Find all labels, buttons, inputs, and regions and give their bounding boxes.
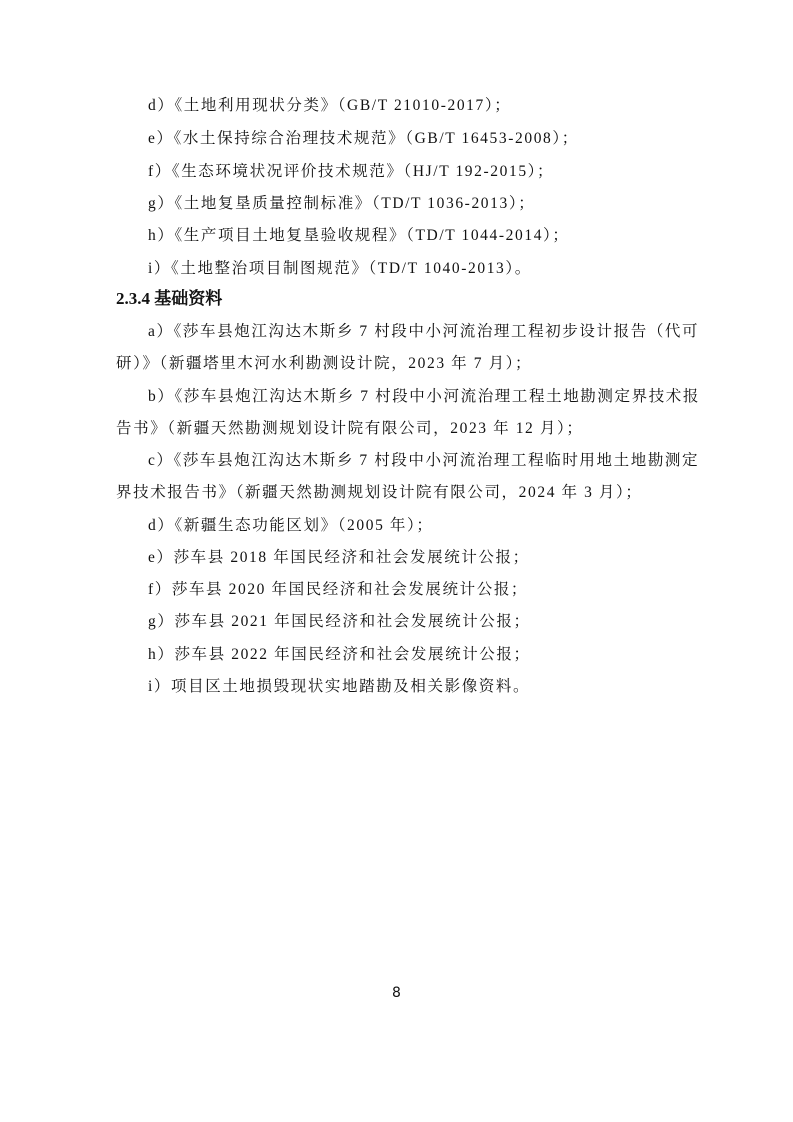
list-item: i）《土地整治项目制图规范》（TD/T 1040-2013）。 xyxy=(148,259,532,279)
list-item: f）《生态环境状况评价技术规范》（HJ/T 192-2015）； xyxy=(148,162,554,182)
list-item: c）《莎车县炮江沟达木斯乡 7 村段中小河流治理工程临时用地土地勘测定 xyxy=(148,451,699,471)
list-item-continuation: 研）》（新疆塔里木河水利勘测设计院，2023 年 7 月）； xyxy=(116,354,532,374)
list-item: h）《生产项目土地复垦验收规程》（TD/T 1044-2014）； xyxy=(148,226,570,246)
list-item: f）莎车县 2020 年国民经济和社会发展统计公报； xyxy=(148,580,528,600)
list-item-continuation: 界技术报告书》（新疆天然勘测规划设计院有限公司，2024 年 3 月）； xyxy=(116,483,642,503)
section-heading: 2.3.4 基础资料 xyxy=(116,288,222,310)
list-item: g）《土地复垦质量控制标准》（TD/T 1036-2013）； xyxy=(148,194,535,214)
list-item-continuation: 告书》（新疆天然勘测规划设计院有限公司，2023 年 12 月）； xyxy=(116,419,583,439)
list-item: g）莎车县 2021 年国民经济和社会发展统计公报； xyxy=(148,612,531,632)
page-number: 8 xyxy=(0,985,793,1001)
list-item: h）莎车县 2022 年国民经济和社会发展统计公报； xyxy=(148,645,531,665)
list-item: d）《土地利用现状分类》（GB/T 21010-2017）； xyxy=(148,96,511,116)
list-item: e）莎车县 2018 年国民经济和社会发展统计公报； xyxy=(148,548,530,568)
list-item: i）项目区土地损毁现状实地踏勘及相关影像资料。 xyxy=(148,677,530,697)
list-item: d）《新疆生态功能区划》（2005 年）； xyxy=(148,516,433,536)
list-item: e）《水土保持综合治理技术规范》（GB/T 16453-2008）； xyxy=(148,129,579,149)
list-item: a）《莎车县炮江沟达木斯乡 7 村段中小河流治理工程初步设计报告（代可 xyxy=(148,322,699,342)
list-item: b）《莎车县炮江沟达木斯乡 7 村段中小河流治理工程土地勘测定界技术报 xyxy=(148,387,700,407)
